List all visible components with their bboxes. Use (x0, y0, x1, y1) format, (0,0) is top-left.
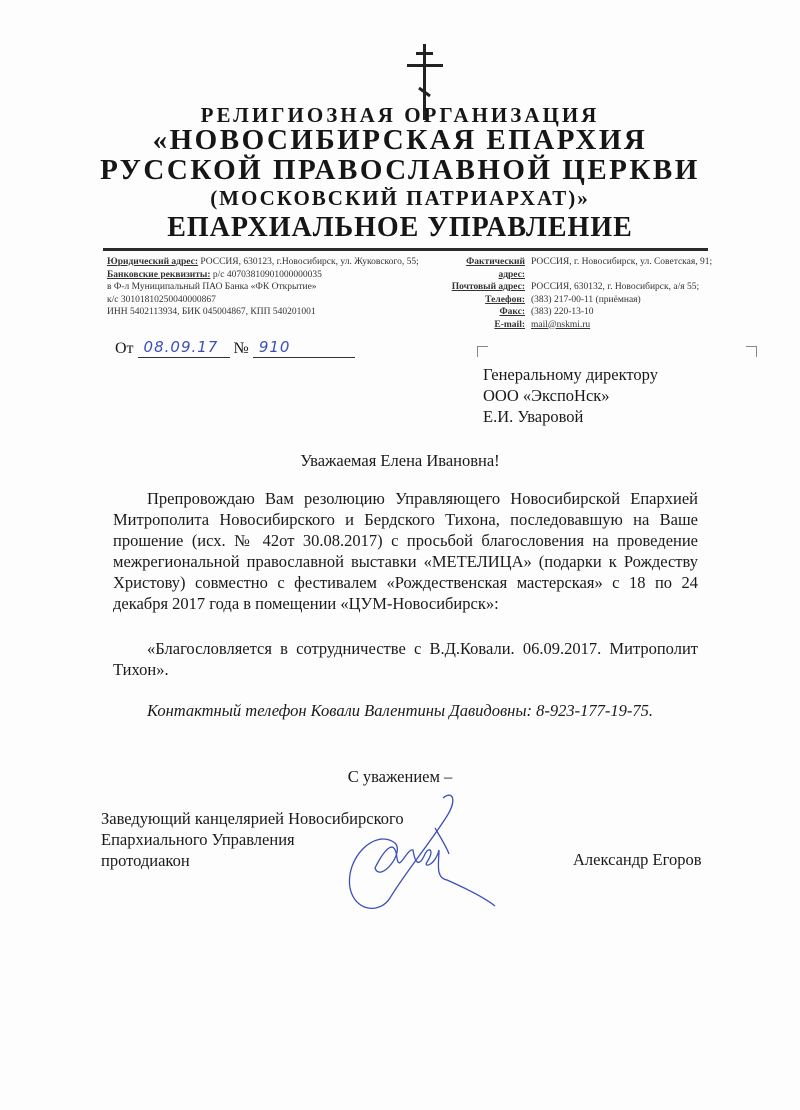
actual-address-value: РОССИЯ, г. Новосибирск, ул. Советская, 9… (531, 256, 712, 281)
legal-address-value: РОССИЯ, 630123, г.Новосибирск, ул. Жуков… (200, 257, 418, 267)
postal-address-label: Почтовый адрес: (440, 281, 531, 294)
letterhead-church-name: РУССКОЙ ПРАВОСЛАВНОЙ ЦЕРКВИ (0, 154, 800, 187)
letterhead-patriarchate: (МОСКОВСКИЙ ПАТРИАРХАТ)» (0, 186, 800, 211)
phone-label: Телефон: (440, 294, 531, 307)
outgoing-reference: От 08.09.17 № 910 (115, 339, 355, 358)
handwritten-signature-icon (335, 788, 515, 918)
email-label: E-mail: (440, 319, 531, 332)
number-field: 910 (253, 339, 355, 358)
address-corner-left-mark (477, 346, 488, 357)
date-field: 08.09.17 (138, 339, 230, 358)
fax-value: (383) 220-13-10 (531, 306, 594, 319)
addressee-company: ООО «ЭкспоНск» (483, 385, 658, 406)
number-value: 910 (259, 338, 291, 356)
body-paragraph-1: Препровождаю Вам резолюцию Управляющего … (113, 488, 698, 614)
phone-value: (383) 217-00-11 (приёмная) (531, 294, 641, 307)
bank-account-value: р/с 40703810901000000035 (213, 270, 322, 280)
letterhead-administration: ЕПАРХИАЛЬНОЕ УПРАВЛЕНИЕ (0, 212, 800, 244)
salutation: Уважаемая Елена Ивановна! (0, 451, 800, 471)
fax-label: Факс: (440, 306, 531, 319)
bank-name: в Ф-л Муниципальный ПАО Банка «ФК Открыт… (107, 281, 427, 294)
requisites-left: Юридический адрес: РОССИЯ, 630123, г.Нов… (107, 256, 427, 319)
email-link[interactable]: mail@nskmi.ru (531, 319, 590, 332)
letterhead-diocese-name: «НОВОСИБИРСКАЯ ЕПАРХИЯ (0, 124, 800, 157)
bank-details-label: Банковские реквизиты: (107, 270, 210, 280)
requisites-right: Фактический адрес:РОССИЯ, г. Новосибирск… (440, 256, 740, 331)
body-paragraph-contact: Контактный телефон Ковали Валентины Дави… (113, 700, 698, 721)
addressee-position: Генеральному директору (483, 364, 658, 385)
closing-regards: С уважением – (0, 767, 800, 787)
date-value: 08.09.17 (144, 338, 219, 356)
correspondent-account: к/с 30101810250040000867 (107, 294, 427, 307)
actual-address-label: Фактический адрес: (440, 256, 531, 281)
postal-address-value: РОССИЯ, 630132, г. Новосибирск, а/я 55; (531, 281, 699, 294)
tax-ids: ИНН 5402113934, БИК 045004867, КПП 54020… (107, 306, 427, 319)
body-paragraph-resolution: «Благословляется в сотрудничестве с В.Д.… (113, 638, 698, 680)
date-label: От (115, 340, 134, 357)
addressee-block: Генеральному директору ООО «ЭкспоНск» Е.… (483, 364, 658, 427)
addressee-name: Е.И. Уваровой (483, 406, 658, 427)
address-corner-right-mark (746, 346, 757, 357)
number-label: № (234, 340, 249, 357)
letterhead-divider (103, 248, 708, 251)
legal-address-label: Юридический адрес: (107, 257, 198, 267)
signer-name: Александр Егоров (573, 850, 702, 870)
